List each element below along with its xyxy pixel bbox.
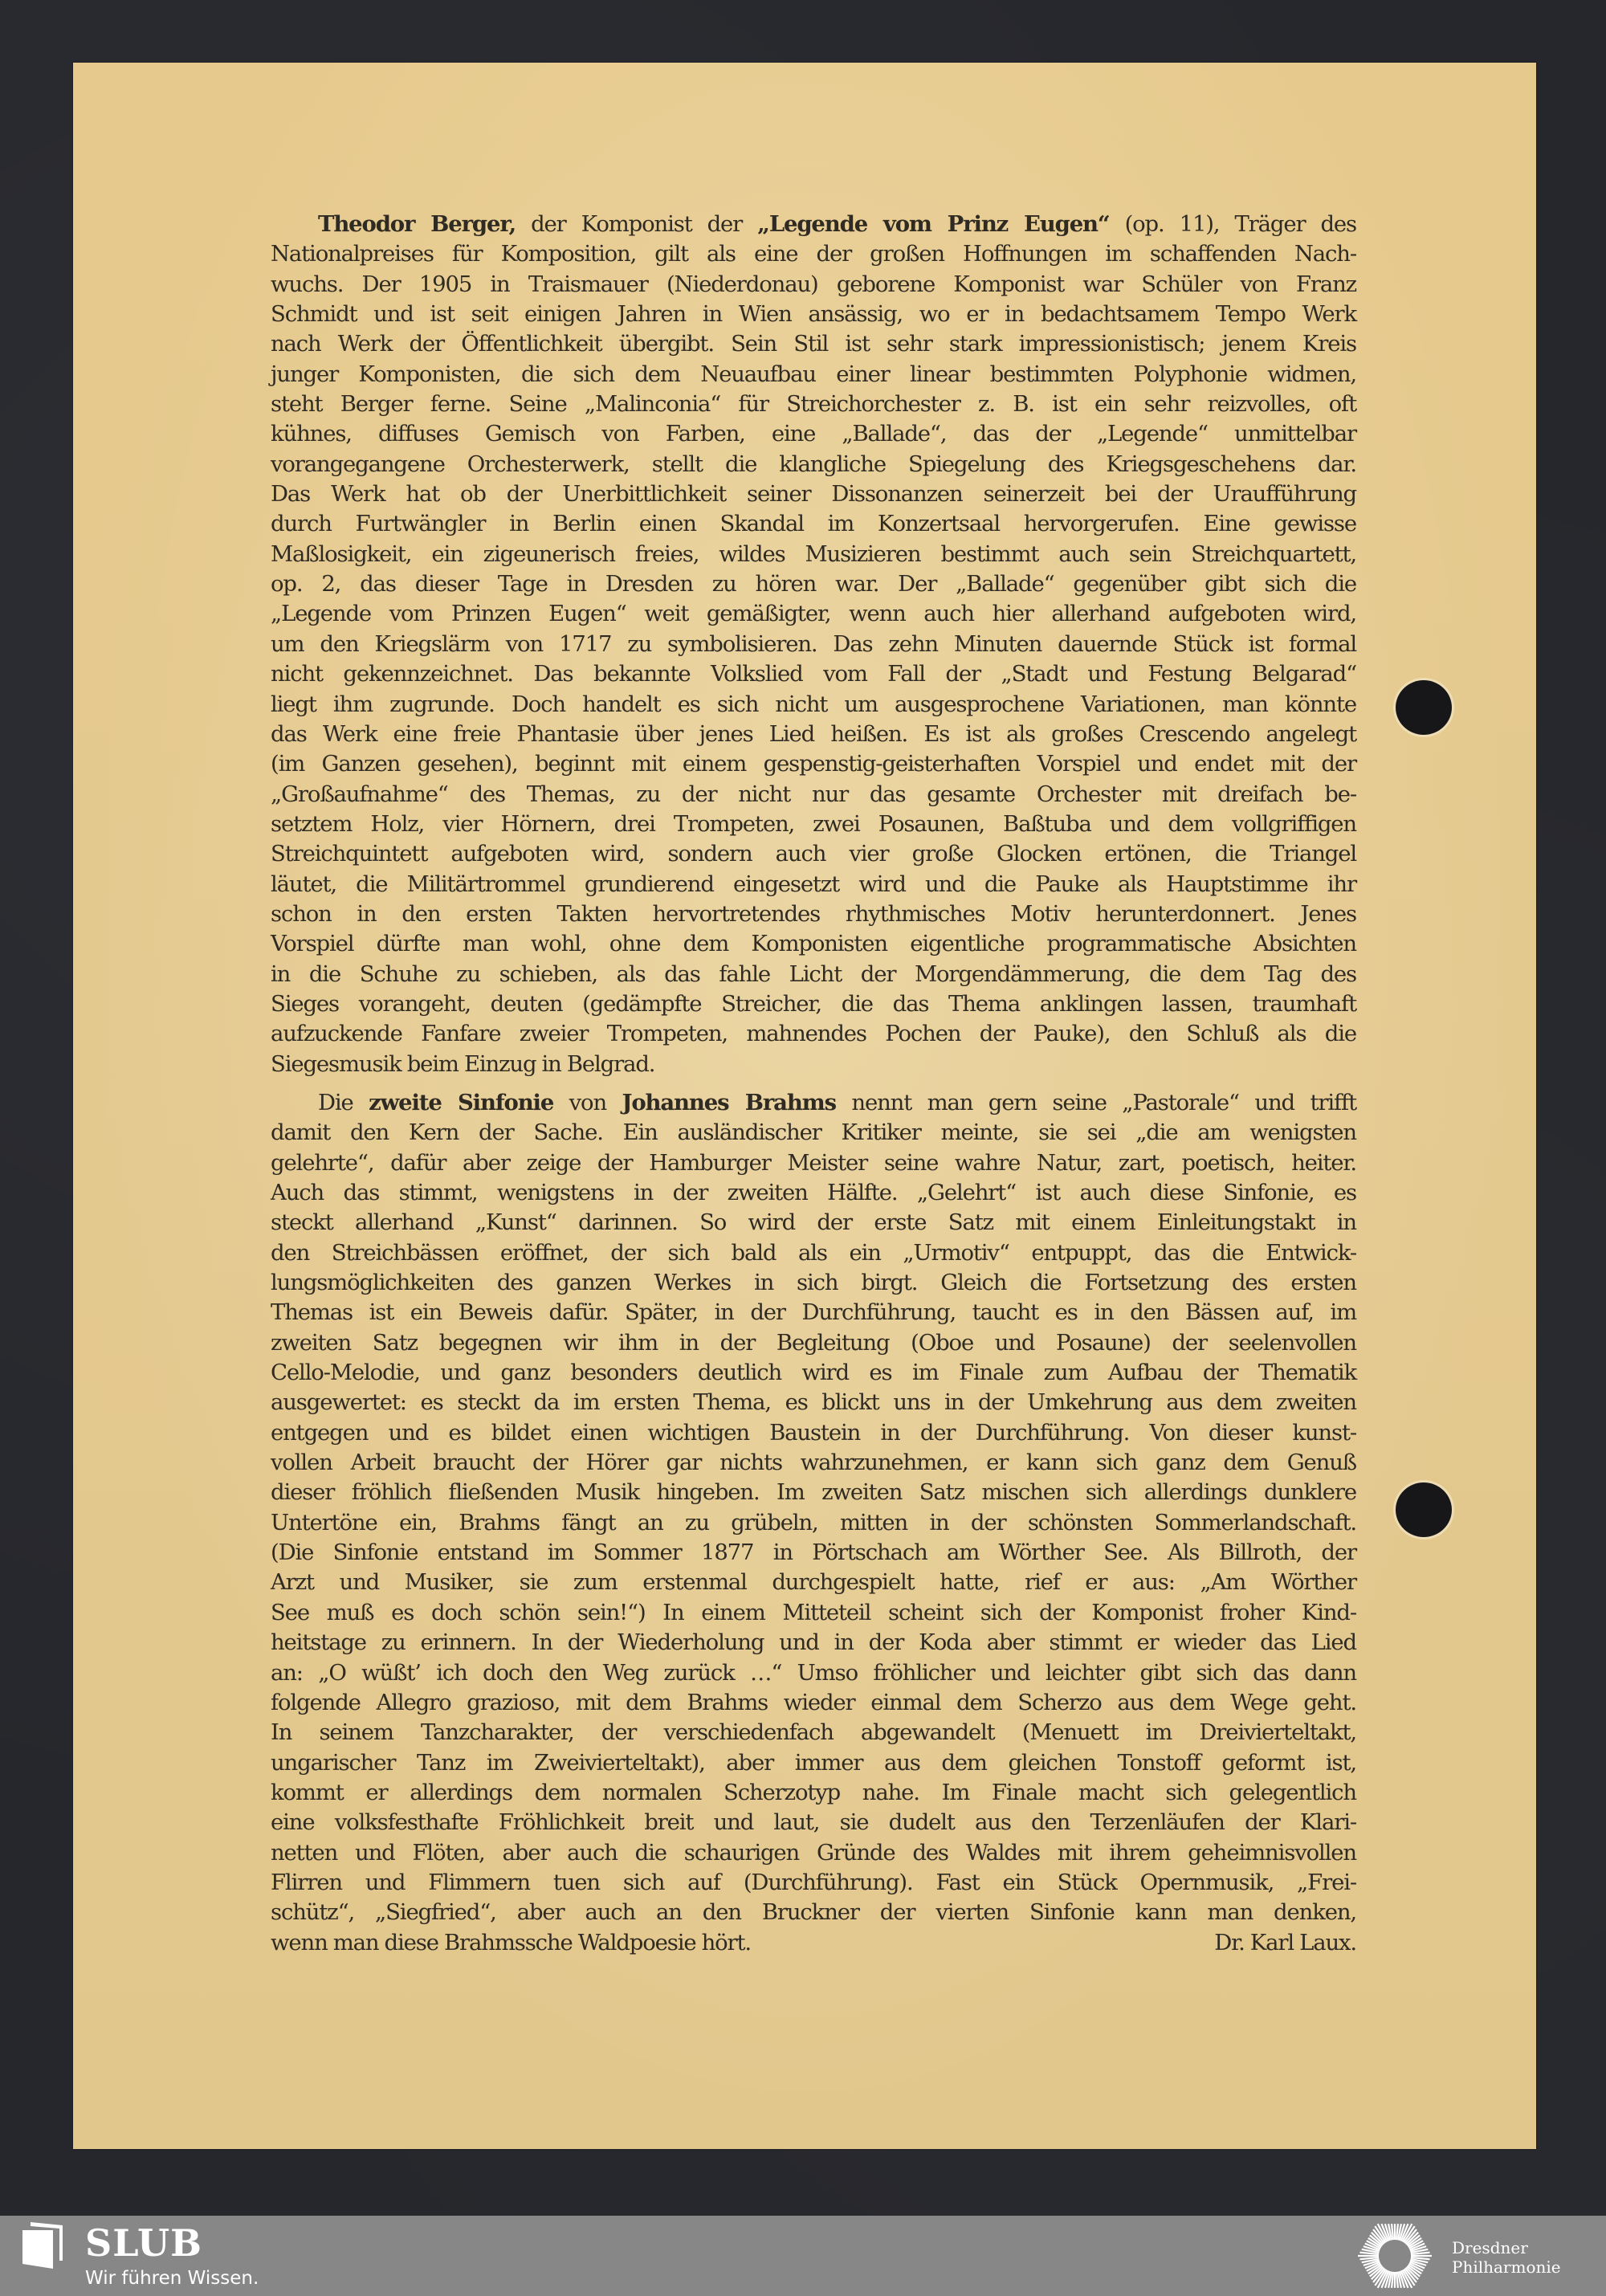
book-pages-icon bbox=[21, 2219, 66, 2270]
text-line: steht Berger ferne. Seine „Malinconia“ f… bbox=[271, 389, 1356, 419]
text-line: durch Furtwängler in Berlin einen Skanda… bbox=[271, 509, 1356, 539]
slub-tagline: Wir führen Wissen. bbox=[85, 2267, 259, 2290]
text-line: „Großaufnahme“ des Themas, zu der nicht … bbox=[271, 780, 1356, 810]
text-line: schon in den ersten Takten hervortretend… bbox=[271, 899, 1356, 929]
text-line: vorangegangene Orchesterwerk, stellt die… bbox=[271, 450, 1356, 479]
text-line: aufzuckende Fanfare zweier Trompeten, ma… bbox=[271, 1019, 1356, 1049]
text-line: Untertöne ein, Brahms fängt an zu grübel… bbox=[271, 1508, 1356, 1538]
text-line: vollen Arbeit braucht der Hörer gar nich… bbox=[271, 1448, 1356, 1478]
scanned-page: Theodor Berger, der Komponist der „Legen… bbox=[73, 63, 1536, 2149]
text-line: gelehrte“, dafür aber zeige der Hamburge… bbox=[271, 1148, 1356, 1178]
text-line: dieser fröhlich fließenden Musik hingebe… bbox=[271, 1478, 1356, 1507]
text-line: „Legende vom Prinzen Eugen“ weit gemäßig… bbox=[271, 599, 1356, 629]
text-line: zweiten Satz begegnen wir ihm in der Beg… bbox=[271, 1328, 1356, 1358]
text-line: setztem Holz, vier Hörnern, drei Trompet… bbox=[271, 810, 1356, 839]
text-line: liegt ihm zugrunde. Doch handelt es sich… bbox=[271, 690, 1356, 720]
bold-emphasis: „Legende vom Prinz Eugen“ bbox=[757, 211, 1109, 237]
text-line: (im Ganzen gesehen), beginnt mit einem g… bbox=[271, 749, 1356, 779]
text-line: Nationalpreises für Komposition, gilt al… bbox=[271, 239, 1356, 269]
text-line: netten und Flöten, aber auch die schauri… bbox=[271, 1838, 1356, 1868]
text-line: eine volksfesthafte Fröhlichkeit breit u… bbox=[271, 1808, 1356, 1837]
text-line: um den Kriegslärm von 1717 zu symbolisie… bbox=[271, 630, 1356, 659]
text-line: entgegen und es bildet einen wichtigen B… bbox=[271, 1418, 1356, 1448]
text-line: junger Komponisten, die sich dem Neuaufb… bbox=[271, 360, 1356, 389]
text-line: nicht gekennzeichnet. Das bekannte Volks… bbox=[271, 659, 1356, 689]
bold-emphasis: Johannes Brahms bbox=[622, 1090, 835, 1115]
text-line: kühnes, diffuses Gemisch von Farben, ein… bbox=[271, 419, 1356, 449]
text-line: Die zweite Sinfonie von Johannes Brahms … bbox=[271, 1088, 1356, 1118]
text-line: Arzt und Musiker, sie zum erstenmal durc… bbox=[271, 1568, 1356, 1597]
text-line: Das Werk hat ob der Unerbittlichkeit sei… bbox=[271, 479, 1356, 509]
text-line: in die Schuhe zu schieben, als das fahle… bbox=[271, 960, 1356, 989]
slub-brand: SLUB bbox=[85, 2222, 202, 2264]
text-line: wuchs. Der 1905 in Traismauer (Niederdon… bbox=[271, 270, 1356, 300]
text-line: Maßlosigkeit, ein zigeunerisch freies, w… bbox=[271, 540, 1356, 569]
text-line: Streichquintett aufgeboten wird, sondern… bbox=[271, 839, 1356, 869]
text-line: Vorspiel dürfte man wohl, ohne dem Kompo… bbox=[271, 929, 1356, 959]
text-line: See muß es doch schön sein!“) In einem M… bbox=[271, 1598, 1356, 1628]
text-line: an: „O wüßt’ ich doch den Weg zurück …“ … bbox=[271, 1658, 1356, 1688]
text-line: In seinem Tanzcharakter, der verschieden… bbox=[271, 1718, 1356, 1747]
text-line: Sieges vorangeht, deuten (gedämpfte Stre… bbox=[271, 989, 1356, 1019]
text-line: Cello-Melodie, und ganz besonders deutli… bbox=[271, 1358, 1356, 1388]
text-line: ausgewertet: es steckt da im ersten Them… bbox=[271, 1388, 1356, 1417]
text-line: op. 2, das dieser Tage in Dresden zu hör… bbox=[271, 569, 1356, 599]
brand-line-1: Dresdner bbox=[1452, 2238, 1561, 2257]
text-line: Auch das stimmt, wenigstens in der zweit… bbox=[271, 1178, 1356, 1208]
text-line: ungarischer Tanz im Zweivierteltakt), ab… bbox=[271, 1748, 1356, 1778]
text-line: wenn man diese Brahmssche Waldpoesie hör… bbox=[271, 1928, 1356, 1958]
text-line: das Werk eine freie Phantasie über jenes… bbox=[271, 720, 1356, 749]
text-line: folgende Allegro grazioso, mit dem Brahm… bbox=[271, 1688, 1356, 1718]
text-line: (Die Sinfonie entstand im Sommer 1877 in… bbox=[271, 1538, 1356, 1568]
text-line: Schmidt und ist seit einigen Jahren in W… bbox=[271, 300, 1356, 329]
paragraph: Die zweite Sinfonie von Johannes Brahms … bbox=[271, 1088, 1356, 1958]
bold-emphasis: zweite Sinfonie bbox=[369, 1090, 553, 1115]
text-line: kommt er allerdings dem normalen Scherzo… bbox=[271, 1778, 1356, 1808]
text-line: damit den Kern der Sache. Ein ausländisc… bbox=[271, 1118, 1356, 1148]
footer-bar: SLUB Wir führen Wissen. Dresdner Philhar… bbox=[0, 2216, 1606, 2296]
text-line: heitstage zu erinnern. In der Wiederholu… bbox=[271, 1628, 1356, 1658]
paragraph: Theodor Berger, der Komponist der „Legen… bbox=[271, 210, 1356, 1079]
text-line-content: wenn man diese Brahmssche Waldpoesie hör… bbox=[271, 1928, 751, 1958]
brand-line-2: Philharmonie bbox=[1452, 2257, 1561, 2277]
dresdner-philharmonie-brand: Dresdner Philharmonie bbox=[1452, 2238, 1561, 2277]
text-line: den Streichbässen eröffnet, der sich bal… bbox=[271, 1238, 1356, 1268]
sunburst-hexagon-icon bbox=[1351, 2217, 1438, 2294]
text-line: Theodor Berger, der Komponist der „Legen… bbox=[271, 210, 1356, 239]
bold-emphasis: Theodor Berger, bbox=[318, 211, 516, 237]
punch-hole bbox=[1396, 680, 1452, 735]
punch-hole bbox=[1396, 1482, 1452, 1537]
text-line: läutet, die Militärtrommel grundierend e… bbox=[271, 870, 1356, 899]
text-line: Siegesmusik beim Einzug in Belgrad. bbox=[271, 1050, 1356, 1079]
text-line: Flirren und Flimmern tuen sich auf (Durc… bbox=[271, 1868, 1356, 1898]
text-line: steckt allerhand „Kunst“ darinnen. So wi… bbox=[271, 1208, 1356, 1238]
text-line: nach Werk der Öffentlichkeit übergibt. S… bbox=[271, 329, 1356, 359]
text-line: schütz“, „Siegfried“, aber auch an den B… bbox=[271, 1898, 1356, 1927]
text-line: lungsmöglichkeiten des ganzen Werkes in … bbox=[271, 1268, 1356, 1298]
author-signature: Dr. Karl Laux. bbox=[1214, 1928, 1356, 1958]
article-text: Theodor Berger, der Komponist der „Legen… bbox=[271, 210, 1356, 1958]
text-line: Themas ist ein Beweis dafür. Später, in … bbox=[271, 1298, 1356, 1327]
